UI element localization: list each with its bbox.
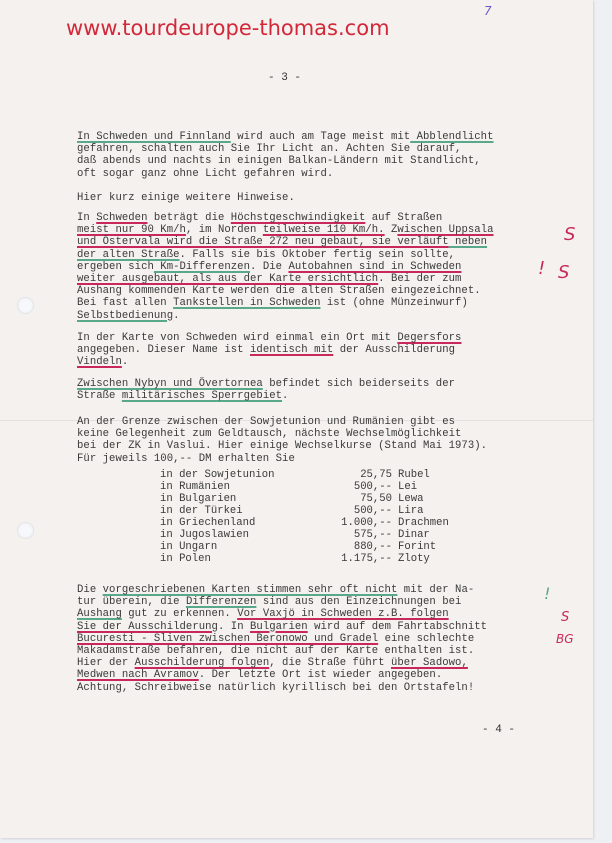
rate-amount: 1.000,-- (306, 517, 398, 529)
rate-country: in der Sowjetunion (160, 469, 306, 481)
paragraph-military-zone: Zwischen Nybyn und Övertornea befindet s… (77, 378, 455, 402)
exchange-rate-row: in Rumänien500,--Lei (160, 481, 449, 493)
page-number-bottom: - 4 - (482, 724, 515, 736)
punch-hole (17, 522, 34, 539)
exchange-rate-row: in der Türkei500,--Lira (160, 505, 449, 517)
rate-amount: 500,-- (306, 481, 398, 493)
rate-amount: 575,-- (306, 529, 398, 541)
paragraph-intro: Hier kurz einige weitere Hinweise. (77, 192, 295, 204)
exchange-rate-row: in Polen1.175,--Zloty (160, 553, 449, 565)
punch-hole (17, 297, 34, 314)
rate-country: in Rumänien (160, 481, 306, 493)
rate-amount: 75,50 (306, 493, 398, 505)
rate-country: in der Türkei (160, 505, 306, 517)
exchange-rate-table: in der Sowjetunion25,75Rubelin Rumänien5… (160, 469, 449, 565)
rate-amount: 25,75 (306, 469, 398, 481)
paragraph-map-differences: Die vorgeschriebenen Karten stimmen sehr… (77, 584, 487, 694)
rate-country: in Bulgarien (160, 493, 306, 505)
rate-currency: Zloty (398, 553, 449, 565)
margin-note-bg: BG (556, 632, 574, 646)
margin-note-exclamation: ! (544, 584, 550, 603)
margin-note-exclamation: ! (538, 258, 545, 279)
exchange-rate-row: in Griechenland1.000,--Drachmen (160, 517, 449, 529)
rate-country: in Jugoslawien (160, 529, 306, 541)
handwritten-page-note: 7 (484, 4, 492, 18)
rate-currency: Lewa (398, 493, 449, 505)
rate-amount: 880,-- (306, 541, 398, 553)
website-watermark[interactable]: www.tourdeurope-thomas.com (66, 16, 390, 40)
exchange-rate-row: in Jugoslawien575,--Dinar (160, 529, 449, 541)
rate-country: in Polen (160, 553, 306, 565)
rate-country: in Griechenland (160, 517, 306, 529)
rate-amount: 500,-- (306, 505, 398, 517)
rate-currency: Forint (398, 541, 449, 553)
exchange-rate-row: in der Sowjetunion25,75Rubel (160, 469, 449, 481)
margin-note-s: S (558, 262, 569, 283)
margin-note-s: S (561, 610, 569, 625)
rate-currency: Lei (398, 481, 449, 493)
rate-amount: 1.175,-- (306, 553, 398, 565)
margin-note-s: S (564, 224, 575, 245)
scanned-page: www.tourdeurope-thomas.com 7 - 3 - In Sc… (0, 0, 593, 838)
paragraph-degersfors: In der Karte von Schweden wird einmal ei… (77, 332, 461, 369)
rate-currency: Rubel (398, 469, 449, 481)
paragraph-currency-exchange: An der Grenze zwischen der Sowjetunion u… (77, 416, 487, 465)
rate-currency: Lira (398, 505, 449, 517)
paragraph-sweden-speed: In Schweden beträgt die Höchstgeschwindi… (77, 212, 494, 322)
exchange-rate-row: in Bulgarien75,50Lewa (160, 493, 449, 505)
page-number-top: - 3 - (268, 72, 301, 84)
paragraph-lighting: In Schweden und Finnland wird auch am Ta… (77, 131, 493, 180)
rate-currency: Dinar (398, 529, 449, 541)
exchange-rate-row: in Ungarn880,--Forint (160, 541, 449, 553)
rate-currency: Drachmen (398, 517, 449, 529)
rate-country: in Ungarn (160, 541, 306, 553)
